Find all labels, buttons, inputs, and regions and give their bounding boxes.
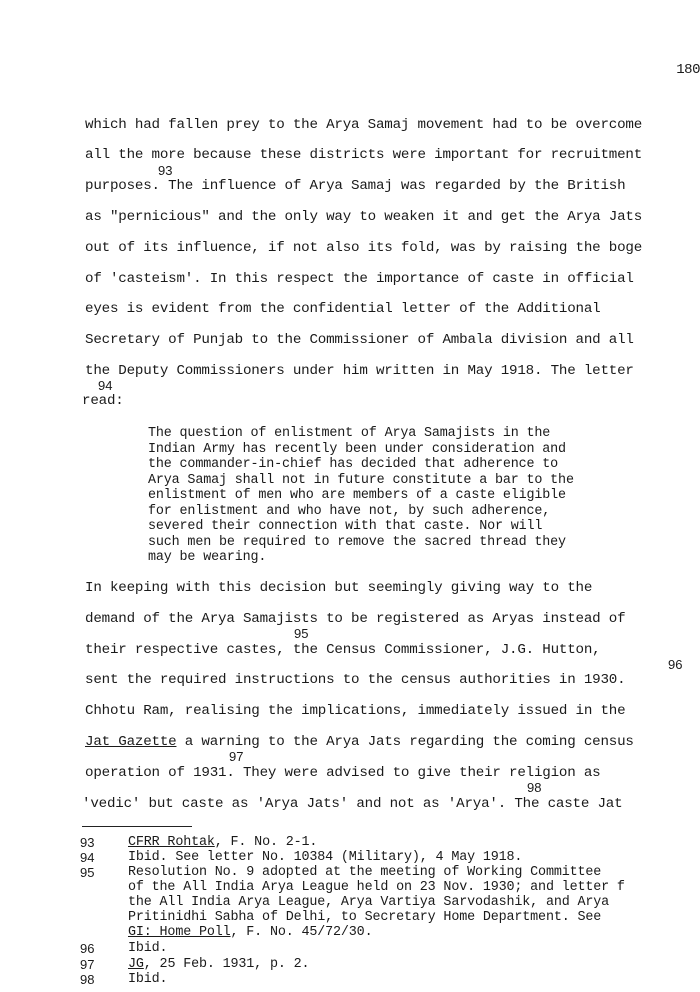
footnote-text: Resolution No. 9 adopted at the meeting … (128, 865, 601, 880)
body-line: operation of 1931. They were advised to … (85, 765, 600, 781)
body-line: Chhotu Ram, realising the implications, … (85, 703, 625, 719)
quote-line: The question of enlistment of Arya Samaj… (148, 426, 550, 442)
body-line: sent the required instructions to the ce… (85, 672, 625, 688)
footnote-rest: , F. No. 45/72/30. (231, 925, 373, 940)
footnote-text: GI: Home Poll, F. No. 45/72/30. (128, 925, 372, 940)
body-line-rest: a warning to the Arya Jats regarding the… (185, 734, 634, 750)
body-line: Jat Gazette a warning to the Arya Jats r… (85, 734, 634, 750)
footnote-rest: , F. No. 2-1. (215, 835, 318, 850)
footnote-number: 96 (80, 941, 94, 956)
body-line: Secretary of Punjab to the Commissioner … (85, 332, 634, 348)
quote-line: such men be required to remove the sacre… (148, 535, 566, 551)
footnote-number: 98 (80, 972, 94, 987)
body-line: eyes is evident from the confidential le… (85, 301, 600, 317)
quote-line: the commander-in-chief has decided that … (148, 457, 558, 473)
footnote-ref-93: 93 (158, 163, 172, 178)
page-number: 180 (676, 62, 700, 78)
body-line: read: (82, 393, 124, 409)
footnote-text: CFRR Rohtak, F. No. 2-1. (128, 835, 317, 850)
footnote-text: the All India Arya League, Arya Vartiya … (128, 895, 609, 910)
footnote-ref-97: 97 (229, 749, 243, 764)
quote-line: severed their connection with that caste… (148, 519, 542, 535)
footnote-number: 97 (80, 957, 94, 972)
body-line: In keeping with this decision but seemin… (85, 580, 592, 596)
body-line: out of its influence, if not also its fo… (85, 240, 642, 256)
quote-line: for enlistment and who have not, by such… (148, 504, 550, 520)
footnote-ref-94: 94 (98, 378, 112, 393)
footnote-number: 94 (80, 850, 94, 865)
body-line: demand of the Arya Samajists to be regis… (85, 611, 625, 627)
footnote-text: Ibid. (128, 941, 167, 956)
footnote-rest: , 25 Feb. 1931, p. 2. (144, 957, 310, 972)
footnote-text: JG, 25 Feb. 1931, p. 2. (128, 957, 309, 972)
footnote-source: JG (128, 957, 144, 972)
footnote-ref-95: 95 (294, 626, 308, 641)
footnote-ref-96: 96 (668, 657, 682, 672)
footnote-source: GI: Home Poll (128, 925, 231, 940)
footnote-text: of the All India Arya League held on 23 … (128, 880, 625, 895)
footnote-number: 95 (80, 865, 94, 880)
body-line: as "pernicious" and the only way to weak… (85, 209, 642, 225)
body-line: of 'casteism'. In this respect the impor… (85, 271, 634, 287)
quote-line: Indian Army has recently been under cons… (148, 442, 566, 458)
jat-gazette-title: Jat Gazette (85, 734, 176, 750)
body-line: 'vedic' but caste as 'Arya Jats' and not… (82, 796, 622, 812)
body-line: which had fallen prey to the Arya Samaj … (85, 117, 642, 133)
footnote-divider (82, 826, 192, 827)
quote-line: enlistment of men who are members of a c… (148, 488, 566, 504)
footnote-number: 93 (80, 835, 94, 850)
footnote-text: Pritinidhi Sabha of Delhi, to Secretary … (128, 910, 601, 925)
footnote-source: CFRR Rohtak (128, 835, 215, 850)
footnote-text: Ibid. (128, 972, 167, 987)
body-line: all the more because these districts wer… (85, 147, 642, 163)
body-line: their respective castes, the Census Comm… (85, 642, 600, 658)
body-line: the Deputy Commissioners under him writt… (85, 363, 634, 379)
footnote-text: Ibid. See letter No. 10384 (Military), 4… (128, 850, 522, 865)
quote-line: Arya Samaj shall not in future constitut… (148, 473, 574, 489)
quote-line: may be wearing. (148, 550, 266, 566)
body-line: purposes. The influence of Arya Samaj wa… (85, 178, 625, 194)
footnote-ref-98: 98 (527, 780, 541, 795)
